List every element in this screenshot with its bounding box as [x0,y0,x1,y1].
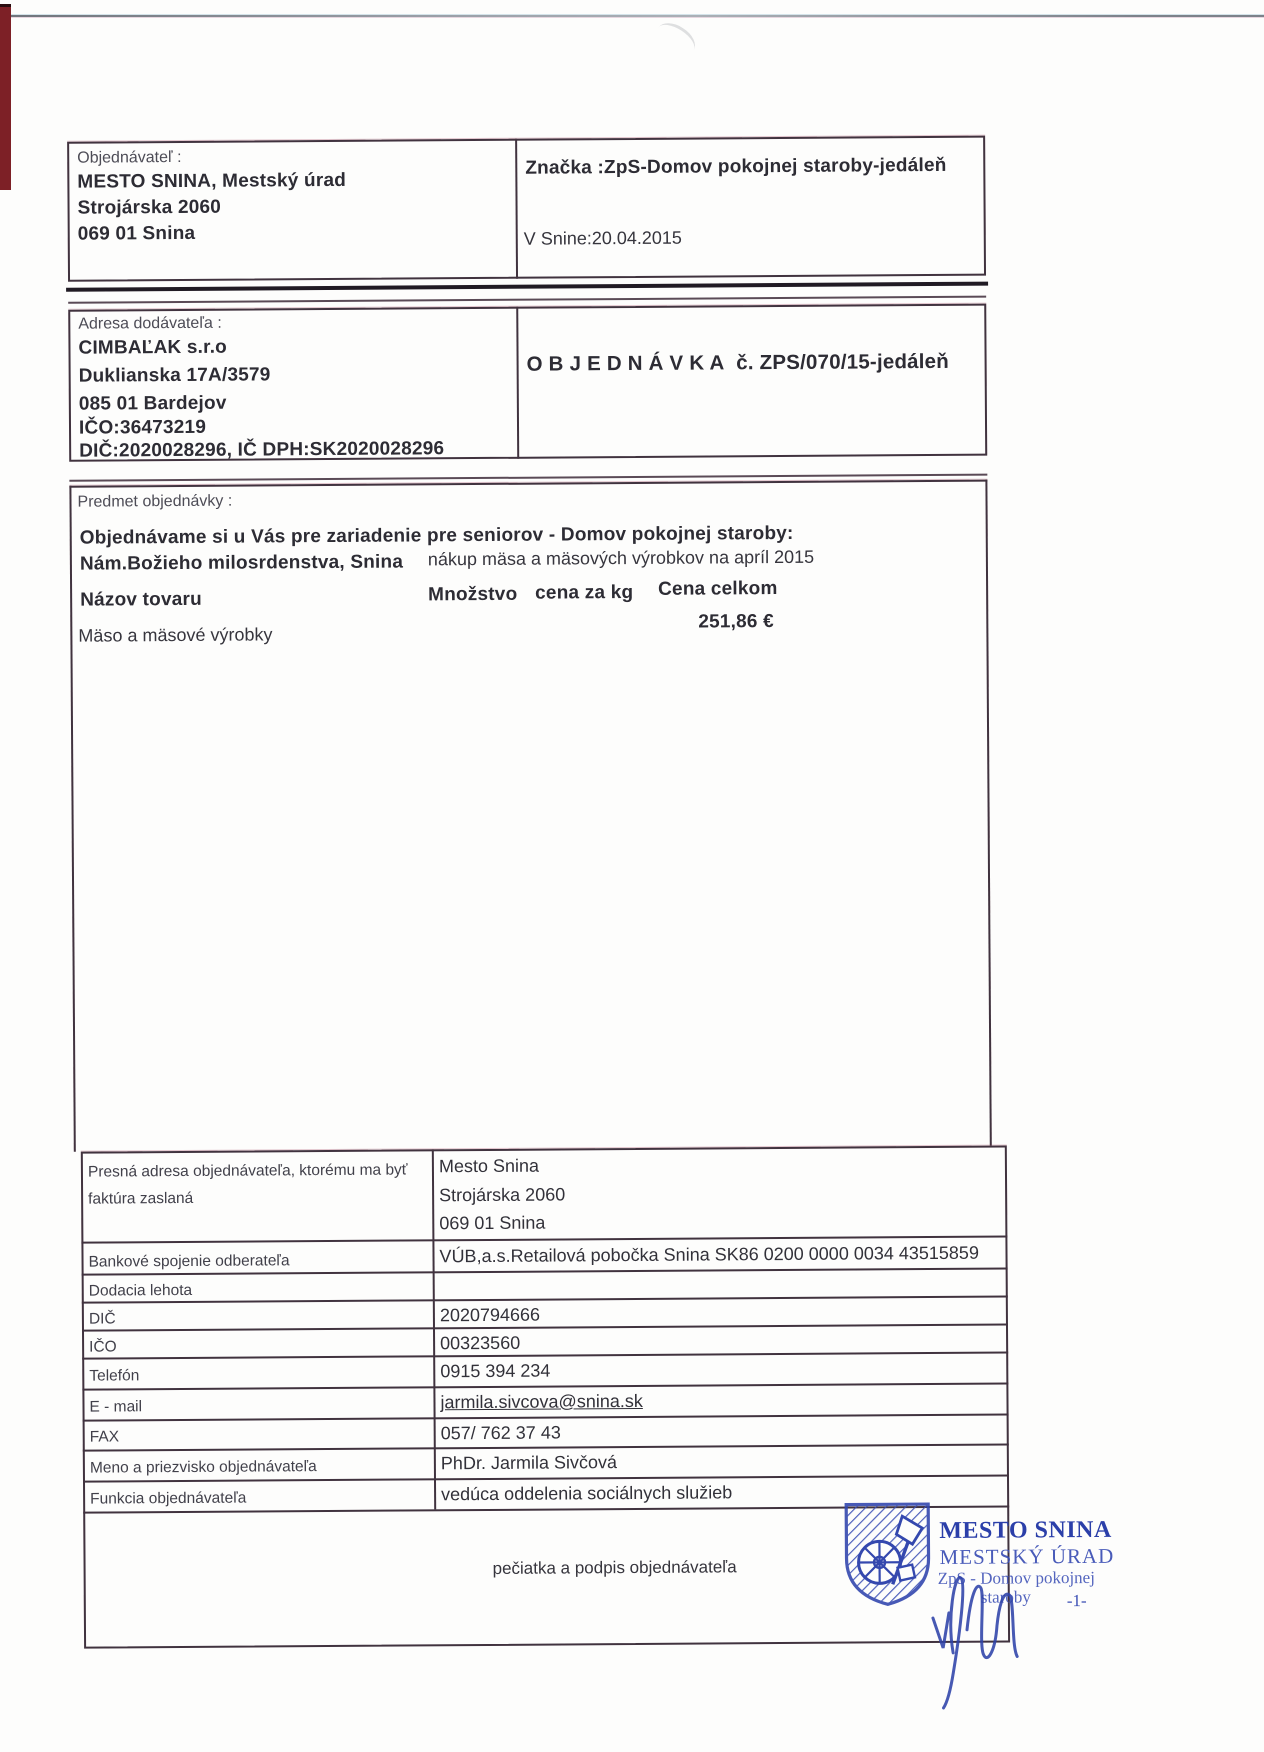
row-label-orderer-name: Meno a priezvisko objednávateľa [90,1453,317,1482]
row-value-phone: 0915 394 234 [440,1357,550,1386]
supplier-label: Adresa dodávateľa : [78,315,222,334]
reference-number: Značka :ZpS-Domov pokojnej staroby-jedál… [525,155,946,180]
column-header-quantity: Množstvo [428,584,517,607]
row-label-fax: FAX [90,1423,119,1450]
subject-box [69,480,991,1152]
orderer-street: Strojárska 2060 [77,197,221,220]
subject-address: Nám.Božieho milosrdenstva, Snina [80,552,403,576]
row-label-invoice-address: Presná adresa objednávateľa, ktorému ma … [88,1156,423,1212]
row-label-phone: Telefón [89,1362,139,1389]
page-number: -1- [1067,1591,1087,1611]
row-value-bank: VÚB,a.s.Retailová pobočka Snina SK86 020… [439,1239,979,1271]
coat-of-arms-shield-icon [842,1500,933,1609]
item-total-price: 251,86 € [698,611,774,634]
row-label-ico: IČO [89,1333,117,1360]
row-value-fax: 057/ 762 37 43 [441,1418,561,1447]
supplier-street: Duklianska 17A/3579 [79,364,271,387]
supplier-ico: IČO:36473219 [79,417,206,440]
subject-goods-period: nákup mäsa a mäsových výrobkov na apríl … [428,547,814,571]
row-label-dic: DIČ [89,1305,116,1332]
column-header-name: Názov tovaru [80,589,202,612]
scanned-document-page: Objednávateľ : MESTO SNINA, Mestský úrad… [0,0,1264,1752]
row-label-delivery-term: Dodacia lehota [89,1277,193,1305]
double-rule-1 [66,282,988,292]
subject-label: Predmet objednávky : [77,493,232,512]
handwritten-signature [923,1557,1064,1708]
row-value-dic: 2020794666 [440,1301,540,1330]
order-document: Objednávateľ : MESTO SNINA, Mestský úrad… [0,0,1264,1752]
orderer-city: 069 01 Snina [78,223,196,246]
row-label-email: E - mail [89,1393,142,1420]
stamp-city-name: MESTO SNINA [939,1517,1112,1545]
stamp-caption: pečiatka a podpis objednávateľa [493,1557,737,1579]
order-title: O B J E D N Á V K A č. ZPS/070/15-jedále… [527,350,950,377]
supplier-name: CIMBAĽAK s.r.o [78,337,227,360]
row-label-bank: Bankové spojenie odberateľa [88,1247,289,1275]
row-value-email: jarmila.sivcova@snina.sk [440,1387,643,1417]
column-header-price-per-kg: cena za kg [535,582,633,605]
municipal-stamp: MESTO SNINA MESTSKÝ ÚRAD ZpS - Domov pok… [842,1499,1133,1701]
row-value-ico: 00323560 [440,1329,520,1358]
place-and-date: V Snine:20.04.2015 [524,228,682,250]
thin-rule-2 [68,296,986,304]
row-value-orderer-name: PhDr. Jarmila Sivčová [441,1448,617,1478]
column-header-total: Cena celkom [658,578,778,601]
orderer-label: Objednávateľ : [77,149,181,168]
order-number: č. ZPS/070/15-jedáleň [736,350,949,374]
supplier-dic: DIČ:2020028296, IČ DPH:SK2020028296 [79,438,444,462]
item-name: Mäso a mäsové výrobky [78,624,272,646]
row-label-orderer-function: Funkcia objednávateľa [90,1485,246,1513]
row-value-invoice-address: Mesto Snina Strojárska 2060 069 01 Snina [439,1151,566,1237]
orderer-name: MESTO SNINA, Mestský úrad [77,170,346,194]
order-word: O B J E D N Á V K A [527,351,725,375]
row-value-orderer-function: vedúca oddelenia sociálnych služieb [441,1478,732,1508]
supplier-city: 085 01 Bardejov [79,393,227,416]
